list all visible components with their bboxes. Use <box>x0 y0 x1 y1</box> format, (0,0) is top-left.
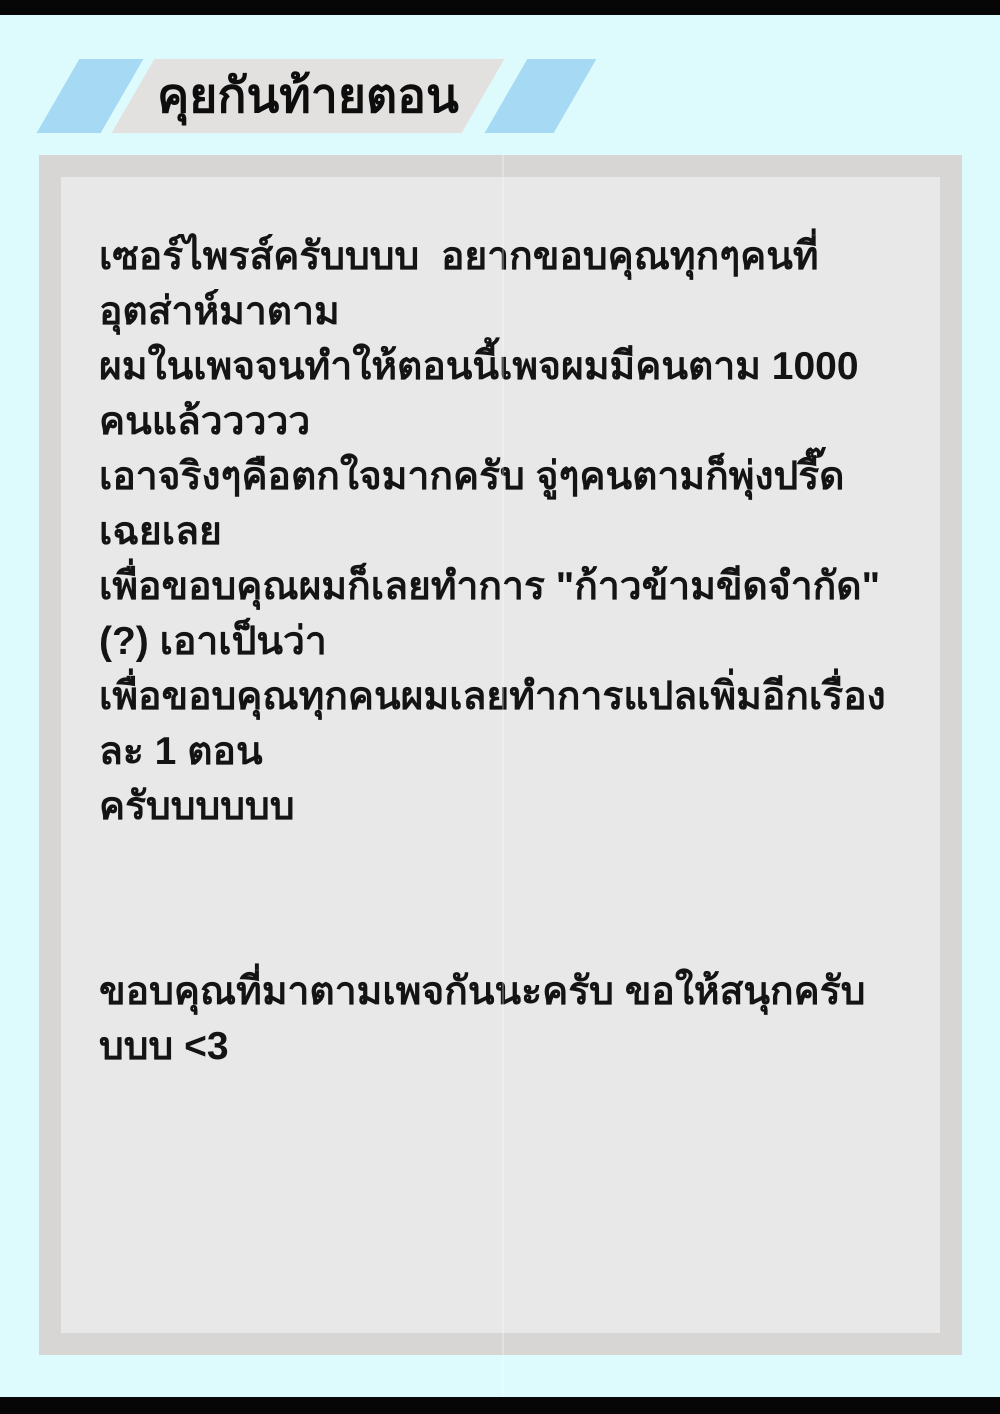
paragraph-line-2: ผมในเพจจนทำให้ตอนนี้เพจผมมีคนตาม 1000 คน… <box>99 339 892 449</box>
paragraph-line-3: เอาจริงๆคือตกใจมากครับ จู่ๆคนตามก็พุ่งปร… <box>99 449 892 559</box>
paragraph-line-1: เซอร์ไพรส์ครับบบบ อยากขอบคุณทุกๆคนที่อุต… <box>99 229 892 339</box>
right-accent-parallelogram <box>485 59 597 133</box>
page-seam-line <box>502 155 504 1397</box>
top-border-bar <box>0 0 1000 15</box>
bottom-border-bar <box>0 1397 1000 1414</box>
paragraph-line-5: เพื่อขอบคุณทุกคนผมเลยทำการแปลเพิ่มอีกเรื… <box>99 669 892 779</box>
closing-line: ขอบคุณที่มาตามเพจกันนะครับ ขอให้สนุกครับ… <box>99 964 892 1074</box>
paragraph-line-6: ครับบบบบบ <box>99 779 892 834</box>
page-title: คุยกันท้ายตอน <box>157 71 459 121</box>
paragraph-line-4: เพื่อขอบคุณผมก็เลยทำการ "ก้าวข้ามขีดจำกั… <box>99 559 892 669</box>
content-box: เซอร์ไพรส์ครับบบบ อยากขอบคุณทุกๆคนที่อุต… <box>39 155 962 1355</box>
header-banner: คุยกันท้ายตอน <box>0 59 1000 133</box>
content-box-inner: เซอร์ไพรส์ครับบบบ อยากขอบคุณทุกๆคนที่อุต… <box>61 177 940 1333</box>
aftertalk-page: { "page": { "background_color": "#ddfafc… <box>0 0 1000 1414</box>
page-title-container: คุยกันท้ายตอน <box>133 59 483 133</box>
